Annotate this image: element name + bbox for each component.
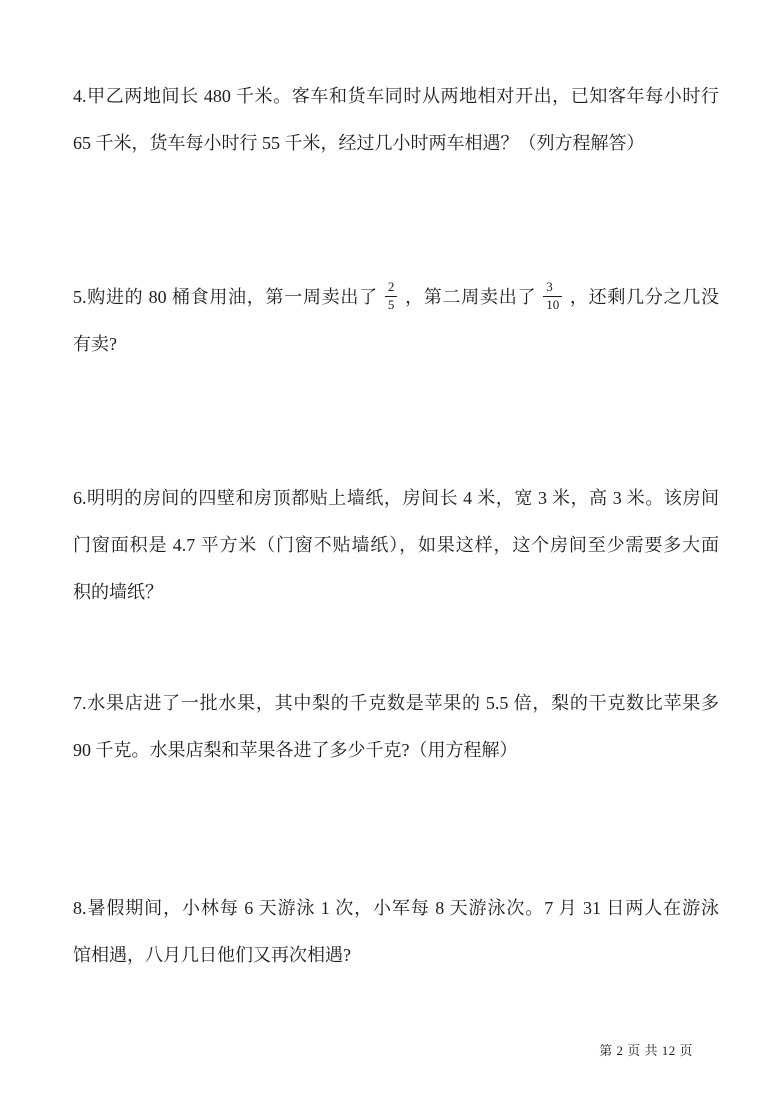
problem-7-line-1: 7.水果店进了一批水果，其中梨的千克数是苹果的 5.5 倍，梨的干克数比苹果多	[73, 680, 719, 727]
problem-8-line-2: 馆相遇，八月几日他们又再次相遇?	[73, 932, 719, 979]
fraction-two-fifths: 25	[385, 280, 398, 313]
problem-5-line-2: 有卖?	[73, 321, 719, 368]
page-number-footer: 第 2 页 共 12 页	[599, 1040, 693, 1059]
problem-6-line-3: 积的墙纸？	[73, 569, 719, 616]
document-page: 4.甲乙两地间长 480 千米。客车和货车同时从两地相对开出，已知客年每小时行 …	[0, 0, 780, 1103]
fraction-denominator: 5	[385, 297, 398, 313]
problem-7: 7.水果店进了一批水果，其中梨的千克数是苹果的 5.5 倍，梨的干克数比苹果多 …	[73, 680, 719, 774]
problem-5: 5.购进的 80 桶食用油，第一周卖出了25，第二周卖出了310，还剩几分之几没…	[73, 274, 719, 368]
fraction-numerator: 3	[543, 280, 562, 297]
problem-6-line-1: 6.明明的房间的四壁和房顶都贴上墙纸，房间长 4 米，宽 3 米，高 3 米。该…	[73, 475, 719, 522]
problem-5-text-before: 5.购进的 80 桶食用油，第一周卖出了	[73, 287, 378, 307]
problem-6: 6.明明的房间的四壁和房顶都贴上墙纸，房间长 4 米，宽 3 米，高 3 米。该…	[73, 475, 719, 616]
problem-8-line-1: 8.暑假期间，小林每 6 天游泳 1 次，小军每 8 天游泳次。7 月 31 日…	[73, 885, 719, 932]
fraction-three-tenths: 310	[543, 280, 562, 313]
fraction-denominator: 10	[543, 297, 562, 313]
problem-4-line-2: 65 千米，货车每小时行 55 千米，经过几小时两车相遇？（列方程解答）	[73, 120, 719, 167]
problem-8: 8.暑假期间，小林每 6 天游泳 1 次，小军每 8 天游泳次。7 月 31 日…	[73, 885, 719, 979]
problem-5-text-after: ，还剩几分之几没	[569, 287, 719, 307]
problem-4-line-1: 4.甲乙两地间长 480 千米。客车和货车同时从两地相对开出，已知客年每小时行	[73, 73, 719, 120]
problem-5-line-1: 5.购进的 80 桶食用油，第一周卖出了25，第二周卖出了310，还剩几分之几没	[73, 274, 719, 321]
problem-6-line-2: 门窗面积是 4.7 平方米（门窗不贴墙纸），如果这样，这个房间至少需要多大面	[73, 522, 719, 569]
fraction-numerator: 2	[385, 280, 398, 297]
problem-4: 4.甲乙两地间长 480 千米。客车和货车同时从两地相对开出，已知客年每小时行 …	[73, 73, 719, 167]
problem-7-line-2: 90 千克。水果店梨和苹果各进了多少千克?（用方程解）	[73, 727, 719, 774]
problem-5-text-middle: ，第二周卖出了	[404, 287, 536, 307]
